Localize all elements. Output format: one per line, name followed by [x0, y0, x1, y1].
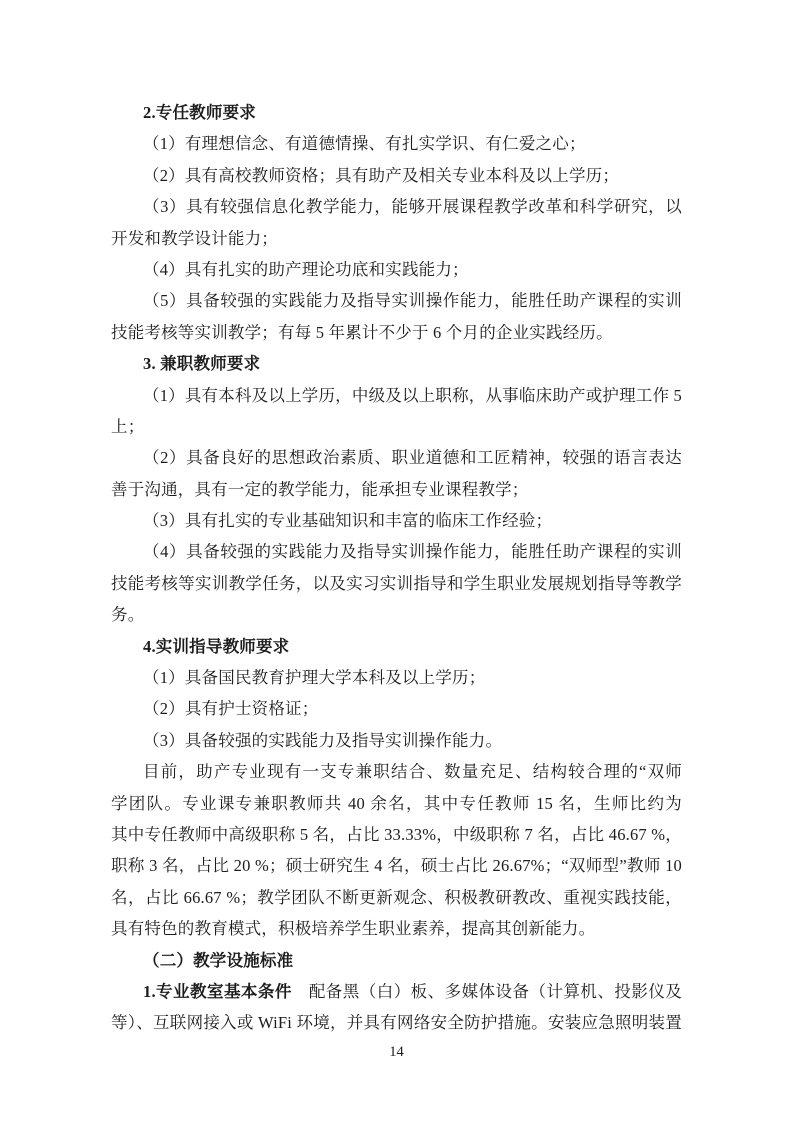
- section-heading: 4.实训指导教师要求: [111, 631, 682, 662]
- section-heading: 3. 兼职教师要求: [111, 348, 682, 379]
- text-line: 1.专业教室基本条件 配备黑（白）板、多媒体设备（计算机、投影仪及音响: [111, 976, 682, 1007]
- text-line: （2）具有护士资格证；: [111, 693, 682, 724]
- text-line: （4）具备较强的实践能力及指导实训操作能力，能胜任助产课程的实训教学、: [111, 536, 682, 567]
- text-line: 上；: [111, 411, 682, 442]
- text-line: （1）有理想信念、有道德情操、有扎实学识、有仁爱之心；: [111, 128, 682, 159]
- text-line: 其中专任教师中高级职称 5 名，占比 33.33%，中级职称 7 名，占比 46…: [111, 819, 682, 850]
- text-line: 具有特色的教育模式，积极培养学生职业素养，提高其创新能力。: [111, 913, 682, 944]
- text-line: （3）具有较强信息化教学能力，能够开展课程教学改革和科学研究，以及课程: [111, 191, 682, 222]
- page-number: 14: [0, 1042, 793, 1062]
- section-heading: （二）教学设施标准: [111, 945, 682, 976]
- text-line: （1）具备国民教育护理大学本科及以上学历；: [111, 662, 682, 693]
- text-line: 职称 3 名，占比 20 %；硕士研究生 4 名，硕士占比 26.67%；“双师…: [111, 850, 682, 881]
- text-line: （2）具有高校教师资格；具有助产及相关专业本科及以上学历；: [111, 160, 682, 191]
- text-line: （3）具有扎实的专业基础知识和丰富的临床工作经验；: [111, 505, 682, 536]
- text-line: （5）具备较强的实践能力及指导实训操作能力，能胜任助产课程的实训教学、: [111, 285, 682, 316]
- text-line: （4）具有扎实的助产理论功底和实践能力；: [111, 254, 682, 285]
- text-line: 开发和教学设计能力；: [111, 223, 682, 254]
- document-page: 2.专任教师要求 （1）有理想信念、有道德情操、有扎实学识、有仁爱之心； （2）…: [0, 0, 793, 1122]
- text-line: 等）、互联网接入或 WiFi 环境，并具有网络安全防护措施。安装应急照明装置并保: [111, 1007, 682, 1038]
- text-line: 务。: [111, 599, 682, 630]
- text-line: （2）具备良好的思想政治素质、职业道德和工匠精神，较强的语言表达能力，: [111, 442, 682, 473]
- text-line: 技能考核等实训教学；有每 5 年累计不少于 6 个月的企业实践经历。: [111, 317, 682, 348]
- text-line: 技能考核等实训教学任务，以及实习实训指导和学生职业发展规划指导等教学任: [111, 568, 682, 599]
- document-body: 2.专任教师要求 （1）有理想信念、有道德情操、有扎实学识、有仁爱之心； （2）…: [111, 97, 682, 1039]
- text-line: 学团队。专业课专兼职教师共 40 余名，其中专任教师 15 名，生师比约为 16…: [111, 788, 682, 819]
- section-heading: 2.专任教师要求: [111, 97, 682, 128]
- text-line: （1）具有本科及以上学历，中级及以上职称，从事临床助产或护理工作 5 年以: [111, 380, 682, 411]
- text-line: 名，占比 66.67 %；教学团队不断更新观念、积极教研教改、重视实践技能，探索: [111, 882, 682, 913]
- inline-heading: 1.专业教室基本条件: [143, 982, 292, 1001]
- text-line: （3）具备较强的实践能力及指导实训操作能力。: [111, 725, 682, 756]
- text-line: 目前，助产专业现有一支专兼职结合、数量充足、结构较合理的“双师型”教: [111, 756, 682, 787]
- text-line: 善于沟通，具有一定的教学能力，能承担专业课程教学；: [111, 474, 682, 505]
